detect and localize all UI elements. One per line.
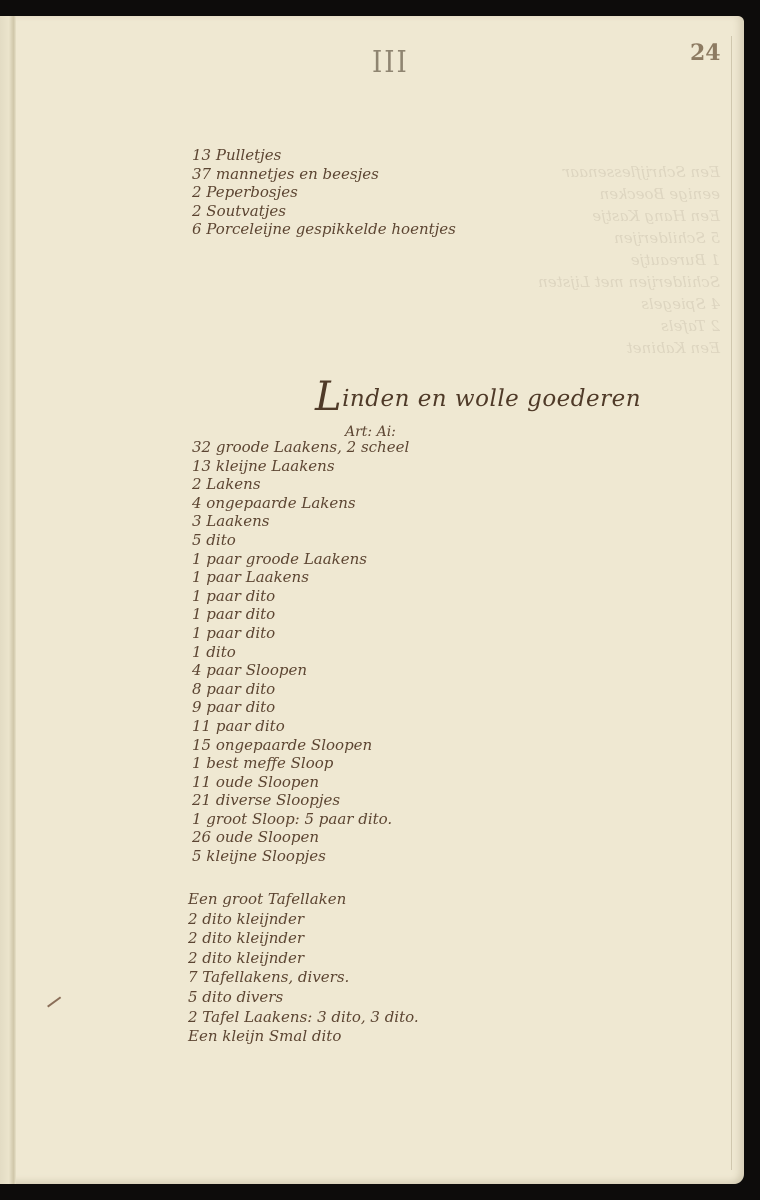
bleed-line: 5 Schilderijen (440, 227, 720, 249)
list-item: 11 paar dito (192, 717, 409, 736)
list-item: 5 dito (192, 531, 409, 550)
list-item: 6 Porceleijne gespikkelde hoentjes (192, 220, 456, 239)
list-item: 37 mannetjes en beesjes (192, 165, 456, 184)
list-item: 1 groot Sloop: 5 paar dito. (192, 810, 409, 829)
page-number: 24 (690, 40, 721, 66)
list-item: 1 dito (192, 643, 409, 662)
list-item: 1 paar dito (192, 624, 409, 643)
list-item: 2 dito kleijnder (188, 949, 419, 969)
list-item: 4 ongepaarde Lakens (192, 494, 409, 513)
list-item: 32 groode Laakens, 2 scheel (192, 438, 409, 457)
list-item: 4 paar Sloopen (192, 661, 409, 680)
manuscript-page: III 24 Een Schrijflessenaar eenige Boeck… (0, 16, 744, 1184)
list-item: 21 diverse Sloopjes (192, 791, 409, 810)
bleed-line: Een Schrijflessenaar (440, 161, 720, 183)
page-edge (731, 36, 732, 1170)
list-item: 2 dito kleijnder (188, 929, 419, 949)
list-item: 2 Lakens (192, 475, 409, 494)
bleed-line: Schilderijen met Lijsten (440, 271, 720, 293)
bleed-line: Een Hang Kastje (440, 205, 720, 227)
list-item: 3 Laakens (192, 512, 409, 531)
list-item: 9 paar dito (192, 698, 409, 717)
list-item: 5 kleijne Sloopjes (192, 847, 409, 866)
heading-initial: L (315, 374, 342, 420)
list-item: 2 dito kleijnder (188, 910, 419, 930)
list-item: 2 Peperbosjes (192, 183, 456, 202)
bleed-through-text: Een Schrijflessenaar eenige Boecken Een … (440, 161, 720, 359)
bleed-line: Een Kabinet (440, 337, 720, 359)
list-item: 13 kleijne Laakens (192, 457, 409, 476)
heading-text: inden en wolle goederen (342, 386, 641, 412)
bleed-line: eenige Boecken (440, 183, 720, 205)
table-linen-list: Een groot Tafellaken 2 dito kleijnder 2 … (188, 890, 419, 1047)
top-item-list: 13 Pulletjes 37 mannetjes en beesjes 2 P… (192, 146, 456, 239)
list-item: 2 Soutvatjes (192, 202, 456, 221)
bleed-line: 2 Tafels (440, 315, 720, 337)
book-spine (0, 16, 16, 1184)
list-item: 8 paar dito (192, 680, 409, 699)
list-item: 1 paar Laakens (192, 568, 409, 587)
list-item: Een kleijn Smal dito (188, 1027, 419, 1047)
linen-item-list: 32 groode Laakens, 2 scheel 13 kleijne L… (192, 438, 409, 866)
folio-mark: III (372, 46, 409, 81)
list-item: 1 paar dito (192, 587, 409, 606)
list-item: 1 paar groode Laakens (192, 550, 409, 569)
section-heading: Linden en wolle goederen (315, 374, 641, 420)
list-item: 26 oude Sloopen (192, 828, 409, 847)
list-item: 11 oude Sloopen (192, 773, 409, 792)
bleed-line: 1 Bureautje (440, 249, 720, 271)
list-item: 15 ongepaarde Sloopen (192, 736, 409, 755)
list-item: 7 Tafellakens, divers. (188, 968, 419, 988)
list-item: 1 best meffe Sloop (192, 754, 409, 773)
bleed-line: 4 Spiegels (440, 293, 720, 315)
list-item: 1 paar dito (192, 605, 409, 624)
list-item: 2 Tafel Laakens: 3 dito, 3 dito. (188, 1008, 419, 1028)
list-item: Een groot Tafellaken (188, 890, 419, 910)
list-item: 13 Pulletjes (192, 146, 456, 165)
margin-pen-stroke (47, 996, 61, 1007)
list-item: 5 dito divers (188, 988, 419, 1008)
